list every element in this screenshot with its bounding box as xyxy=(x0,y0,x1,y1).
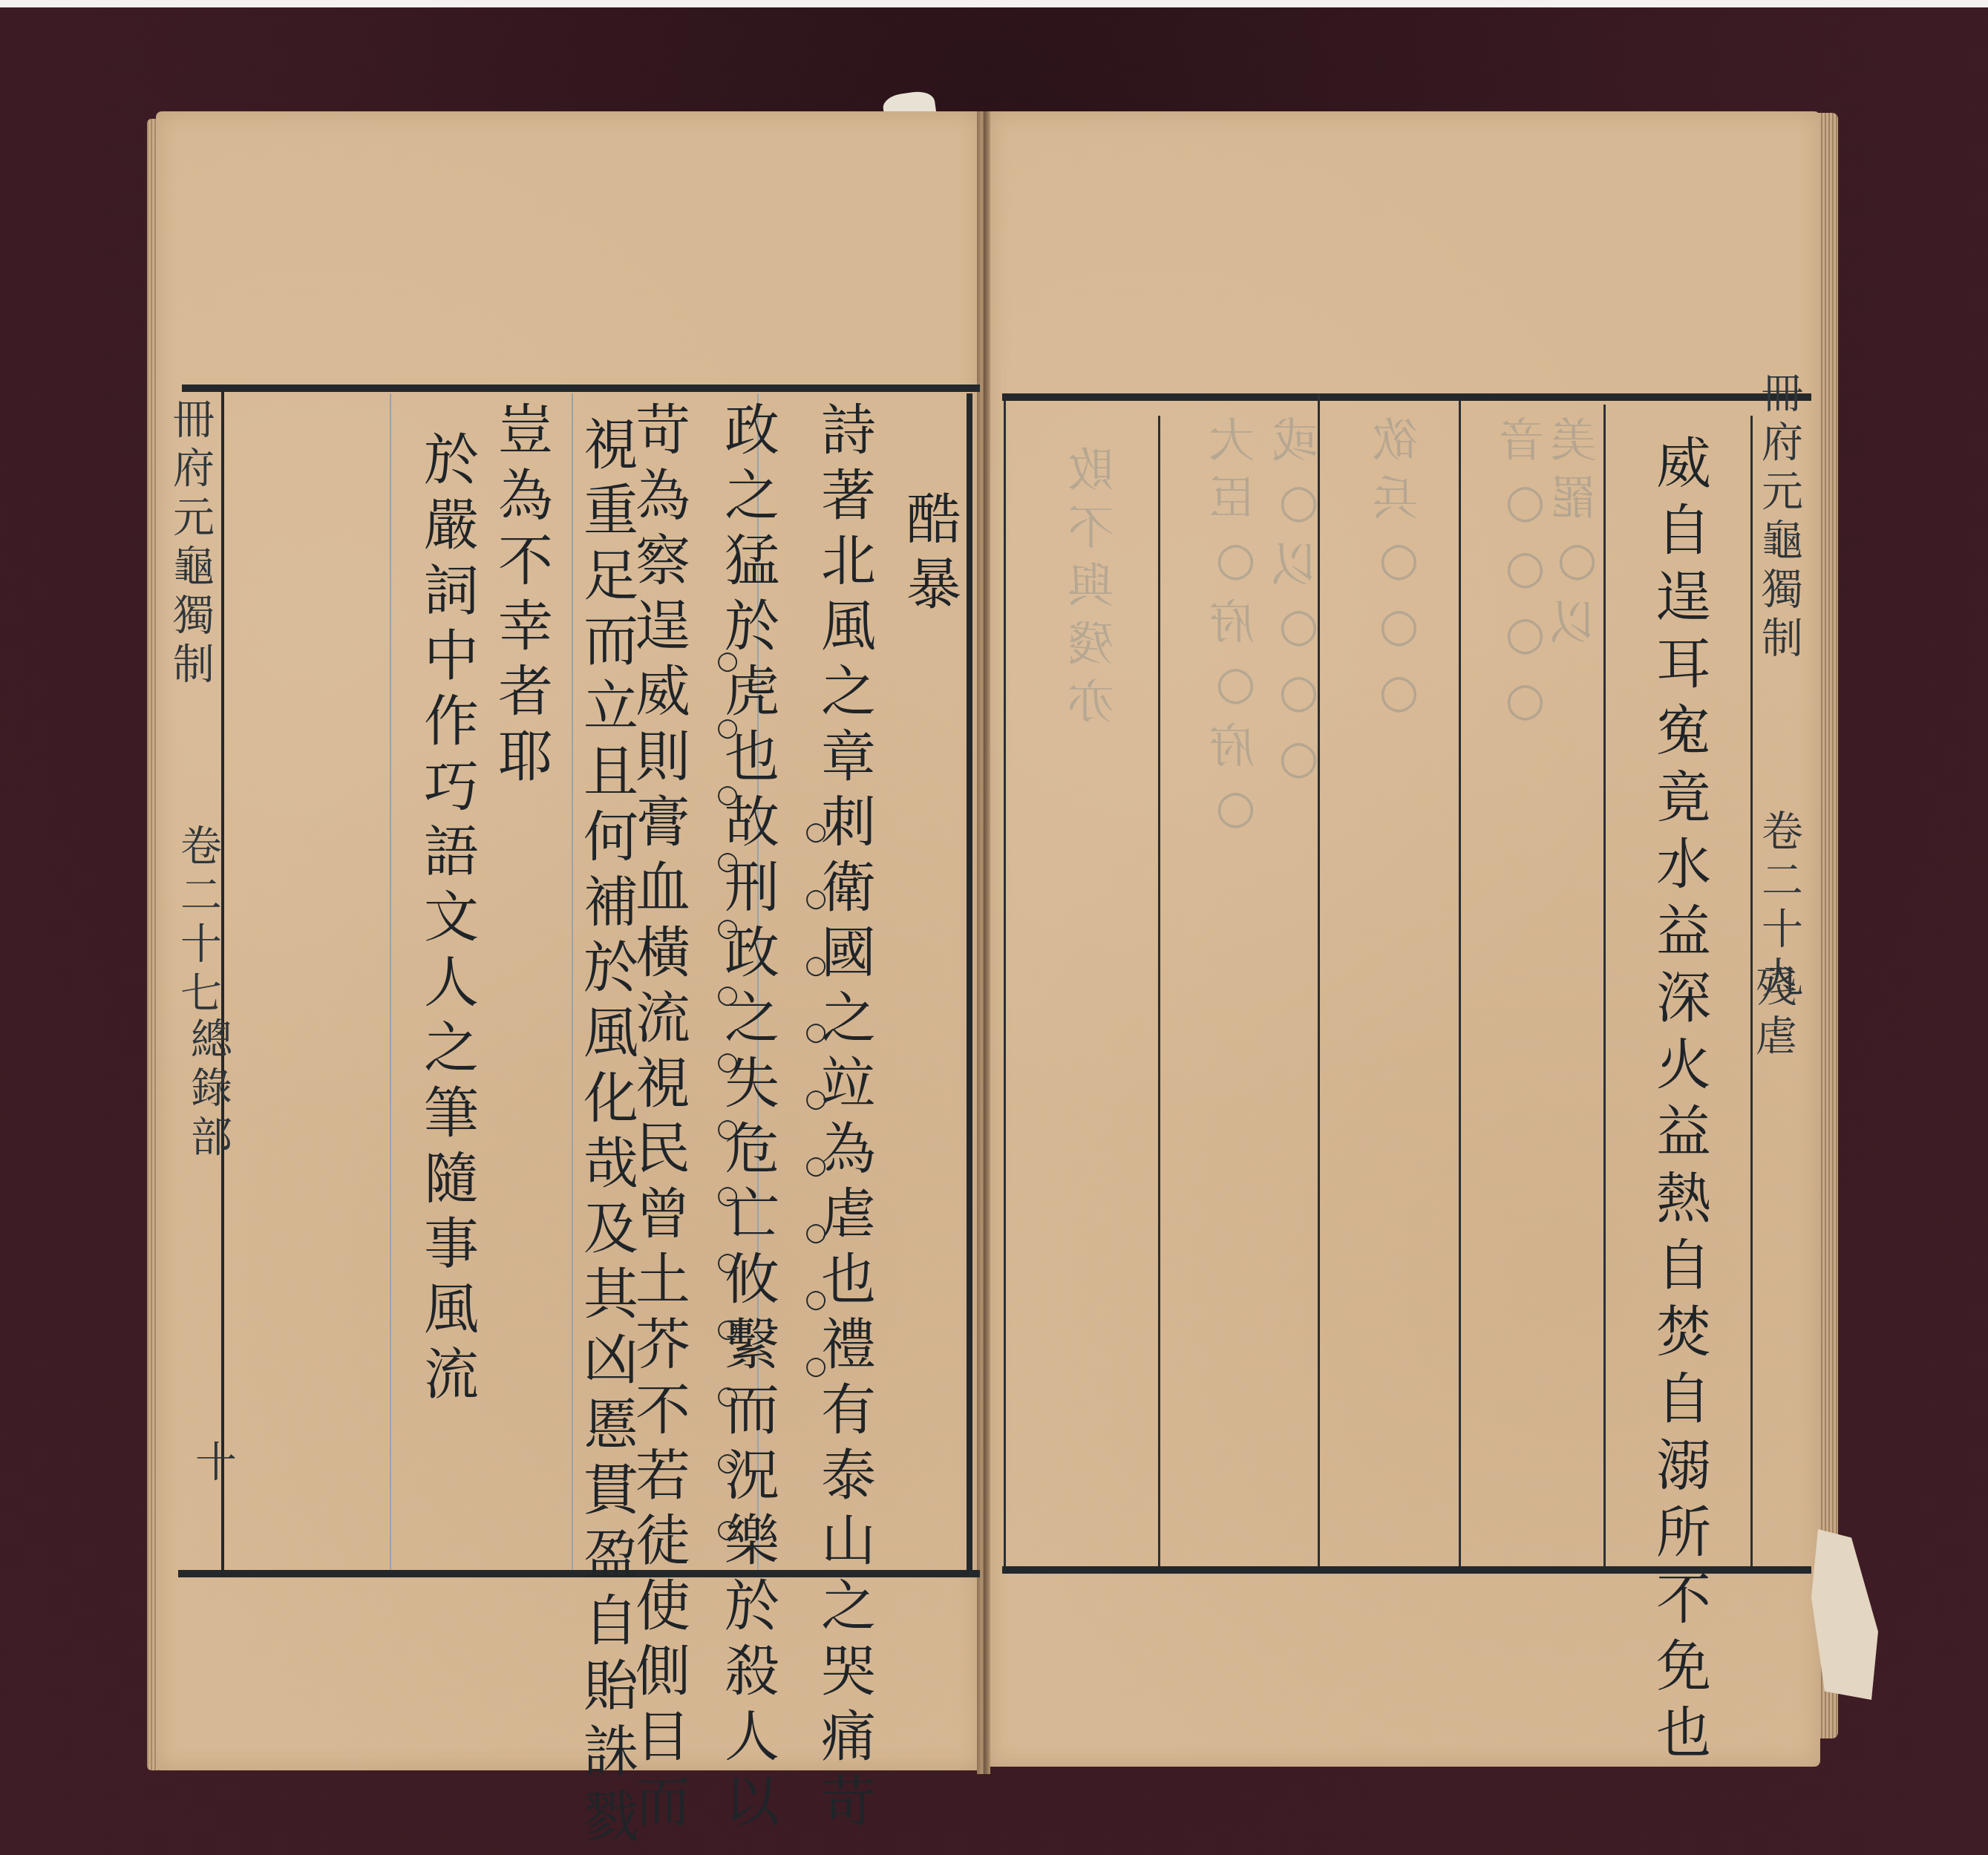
left-frame-top-border xyxy=(182,385,980,392)
emphasis-circles-col2: ○○○○○○○○○○○○○○ xyxy=(715,646,740,1581)
bleed-through-text: 欲兵○○○ xyxy=(1366,416,1432,730)
text-column-3: 苛為察逞威則膏血橫流視民曾土芥不若徒使側目而 xyxy=(631,401,686,1838)
right-margin-title: 冊府元龜獨制 xyxy=(1758,371,1799,665)
bleed-through-text: 大臣○府○府○ xyxy=(1203,416,1269,845)
left-margin-section: 總錄部 xyxy=(187,1017,229,1164)
right-frame-top-border xyxy=(1002,393,1811,401)
right-margin-section: 殘虐 xyxy=(1752,965,1794,1063)
bleed-through-text: 敗不與殘亦 xyxy=(1062,445,1128,735)
left-margin-page-number: 十 xyxy=(192,1440,233,1489)
right-frame-inner-border xyxy=(1004,401,1006,1566)
text-column-4: 視重足而立且何補於風化哉及其凶慝貫盈自貽誅戮 xyxy=(579,416,634,1853)
text-column-right: 威自逞耳寃竟水益深火益熱自焚自溺所不免也 xyxy=(1652,434,1707,1770)
emphasis-circles-col1: ○○○○○○○○○ xyxy=(803,817,828,1418)
column-rule xyxy=(1158,416,1160,1566)
column-rule xyxy=(572,393,573,1570)
left-margin-volume: 卷二十七 xyxy=(177,824,218,1020)
bleed-through-text: 或○以○○○ xyxy=(1266,416,1332,796)
left-frame-inner-border xyxy=(967,393,972,1570)
commentary-column: 於嚴詞中作巧語文人之筆隨事風流 xyxy=(419,431,474,1410)
book-gutter xyxy=(977,111,990,1774)
open-book: 冊府元龜獨制 卷二十七 總錄部 十 酷暴 詩著北風之章刺衛國之竝為虐也禮有泰山之… xyxy=(0,0,1988,1855)
bleed-through-text: 美罷○以 xyxy=(1544,416,1610,655)
column-rule xyxy=(390,393,391,1570)
section-heading: 酷暴 xyxy=(902,490,957,621)
left-margin-title: 冊府元龜獨制 xyxy=(169,397,211,691)
column-rule xyxy=(1459,401,1461,1566)
text-column-5: 豈為不幸者耶 xyxy=(494,401,549,793)
